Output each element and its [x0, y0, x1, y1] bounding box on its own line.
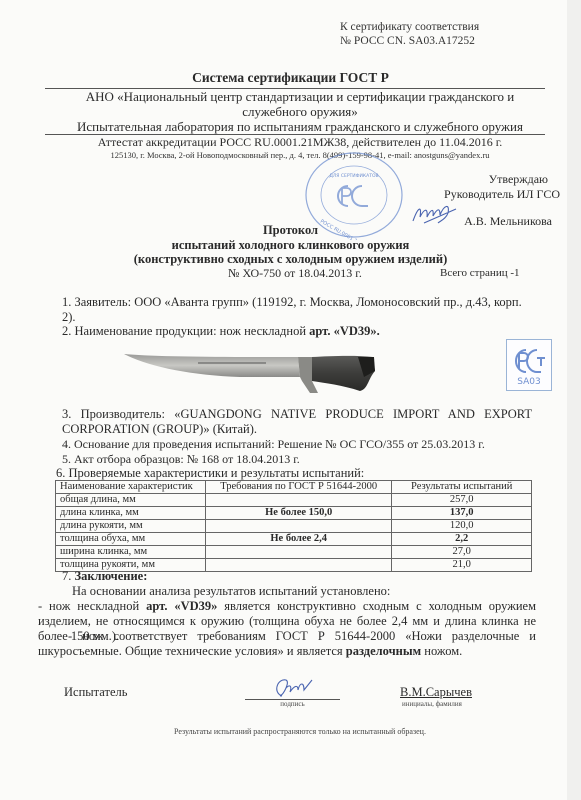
row-requirement: Не более 2,4 [205, 533, 391, 546]
row-name: ширина клинка, мм [56, 546, 206, 559]
row-requirement [205, 559, 391, 572]
accreditation: Аттестат аккредитации РОСС RU.0001.21МЖ3… [0, 135, 581, 150]
manufacturer: 3. Производитель: «GUANGDONG NATIVE PROD… [62, 407, 532, 437]
cert-ref-line1: К сертификату соответствия [340, 20, 479, 34]
svg-text:SA03: SA03 [517, 377, 541, 387]
table-row: длина клинка, мм Не более 150,0 137,0 [56, 507, 532, 520]
header-characteristic: Наименование характеристик [56, 481, 206, 494]
laboratory-name: Испытательная лаборатория по испытаниям … [0, 119, 581, 135]
results-table: Наименование характеристик Требования по… [55, 480, 532, 572]
p2-bold: разделочным [346, 644, 421, 658]
organization-name: АНО «Национальный центр стандартизации и… [0, 89, 581, 119]
conclusion-intro: На основании анализа результатов испытан… [72, 584, 390, 599]
header-result: Результаты испытаний [392, 481, 532, 494]
conclusion-heading: 7. Заключение: [62, 569, 147, 584]
row-name: длина рукояти, мм [56, 520, 206, 533]
row-requirement: Не более 150,0 [205, 507, 391, 520]
protocol-number: № ХО-750 от 18.04.2013 г. [228, 266, 362, 281]
row-result: 137,0 [392, 507, 532, 520]
signature-label: подпись [245, 700, 340, 708]
footer-note: Результаты испытаний распространяются то… [0, 727, 581, 736]
tester-role: Испытатель [64, 685, 127, 700]
rst-certification-logo: SA03 [506, 339, 552, 391]
conclusion-title: Заключение: [75, 569, 148, 583]
row-result: 257,0 [392, 494, 532, 507]
table-row: длина рукояти, мм 120,0 [56, 520, 532, 533]
svg-text:ДЛЯ СЕРТИФИКАТОВ: ДЛЯ СЕРТИФИКАТОВ [329, 173, 378, 179]
test-basis: 4. Основание для проведения испытаний: Р… [62, 437, 485, 452]
table-header-row: Наименование характеристик Требования по… [56, 481, 532, 494]
p1-text: - нож нескладной [38, 599, 146, 613]
p1-article: арт. «VD39» [146, 599, 217, 613]
applicant: 1. Заявитель: ООО «Аванта групп» (119192… [62, 295, 532, 325]
row-result: 21,0 [392, 559, 532, 572]
protocol-subtitle: испытаний холодного клинкового оружия [0, 238, 581, 253]
row-requirement [205, 520, 391, 533]
table-row: толщина обуха, мм Не более 2,4 2,2 [56, 533, 532, 546]
document-page: К сертификату соответствия № РОСС CN. SA… [0, 0, 581, 800]
table-row: общая длина, мм 257,0 [56, 494, 532, 507]
certificate-reference: К сертификату соответствия № РОСС CN. SA… [340, 20, 479, 48]
protocol-heading: Протокол [0, 223, 581, 238]
checked-characteristics-heading: 6. Проверяемые характеристики и результа… [56, 466, 364, 481]
product-prefix: 2. Наименование продукции: нож нескладно… [62, 324, 309, 338]
tester-name: В.М.Сарычев [400, 685, 472, 700]
org-line2: служебного оружия» [0, 104, 581, 119]
row-requirement [205, 494, 391, 507]
conclusion-number: 7. [62, 569, 75, 583]
header-requirement: Требования по ГОСТ Р 51644-2000 [205, 481, 391, 494]
row-name: толщина обуха, мм [56, 533, 206, 546]
system-title: Система сертификации ГОСТ Р [0, 70, 581, 86]
row-name: длина клинка, мм [56, 507, 206, 520]
row-result: 27,0 [392, 546, 532, 559]
product-name: 2. Наименование продукции: нож нескладно… [62, 324, 380, 339]
sample-act: 5. Акт отбора образцов: № 168 от 18.04.2… [62, 452, 300, 467]
protocol-title: Протокол испытаний холодного клинкового … [0, 223, 581, 267]
row-result: 2,2 [392, 533, 532, 546]
product-article: арт. «VD39». [309, 324, 380, 338]
page-count: Всего страниц -1 [440, 267, 520, 279]
row-requirement [205, 546, 391, 559]
tester-signature-icon [268, 674, 318, 700]
p2-text-rest: ножом. [421, 644, 462, 658]
cert-ref-number: № РОСС CN. SA03.A17252 [340, 34, 479, 48]
rst-mark-icon: SA03 [507, 340, 551, 390]
conclusion-paragraph-2: - нож соответствует требованиям ГОСТ Р 5… [38, 629, 536, 659]
approve-label: Утверждаю [400, 172, 560, 187]
table-row: ширина клинка, мм 27,0 [56, 546, 532, 559]
knife-image [120, 345, 375, 395]
lab-address: 125130, г. Москва, 2-ой Новоподмосковный… [0, 150, 581, 160]
row-result: 120,0 [392, 520, 532, 533]
row-name: общая длина, мм [56, 494, 206, 507]
tester-name-label: инициалы, фамилия [402, 700, 462, 708]
protocol-subtitle-2: (конструктивно сходных с холодным оружие… [0, 252, 581, 267]
org-line1: АНО «Национальный центр стандартизации и… [0, 89, 581, 104]
